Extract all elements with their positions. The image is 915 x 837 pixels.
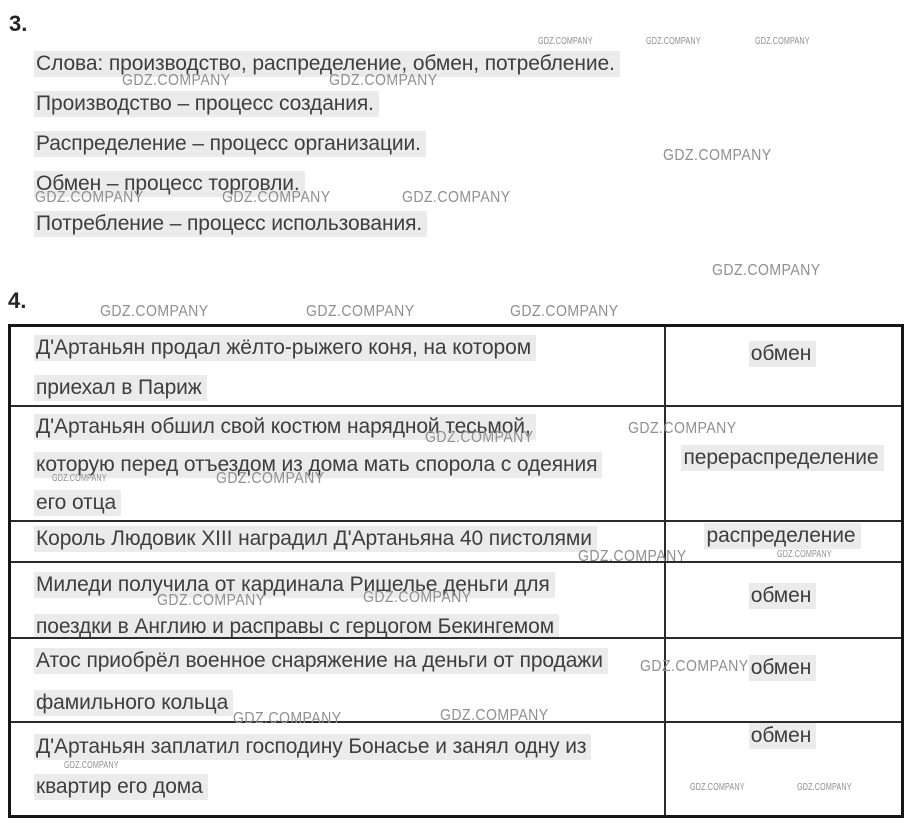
- table-text-line: которую перед отъездом из дома мать спор…: [36, 446, 658, 484]
- table-row-5-situation: Атос приобрёл военное снаряжение на день…: [11, 639, 666, 723]
- table-answer-content: обмен: [749, 583, 816, 609]
- table-answer-content: обмен: [749, 723, 816, 749]
- table-text-line: Д'Артаньян заплатил господину Бонасье и …: [36, 727, 658, 767]
- table-answer-content: перераспределение: [681, 445, 883, 471]
- table-text-content: Атос приобрёл военное снаряжение на день…: [34, 648, 608, 674]
- table-row-3-situation: Король Людовик XIII наградил Д'Артаньяна…: [11, 522, 666, 563]
- text-line-content: Распределение – процесс организации.: [34, 131, 426, 157]
- table-answer-content: обмен: [749, 341, 816, 367]
- text-line-content: Обмен – процесс торговли.: [34, 171, 305, 197]
- table-row-6-situation: Д'Артаньян заплатил господину Бонасье и …: [11, 723, 666, 815]
- text-line: Обмен – процесс торговли.: [36, 164, 620, 204]
- table-row-3-answer: распределение: [666, 522, 901, 563]
- table-text-content: Д'Артаньян продал жёлто-рыжего коня, на …: [34, 335, 536, 361]
- watermark: GDZ.COMPANY: [663, 147, 772, 165]
- table-row-5-answer: обмен: [666, 639, 901, 723]
- table-answer-content: обмен: [749, 655, 816, 681]
- table-answer-content: распределение: [704, 523, 860, 549]
- watermark: GDZ.COMPANY: [646, 36, 701, 47]
- table-text-line: Д'Артаньян обшил свой костюм нарядной те…: [36, 408, 658, 446]
- text-line: Потребление – процесс использования.: [36, 204, 620, 244]
- question-3-answer: Слова: производство, распределение, обме…: [36, 44, 620, 244]
- text-line-content: Производство – процесс создания.: [34, 91, 379, 117]
- table-text-line: приехал в Париж: [36, 368, 658, 407]
- table-row-1-situation: Д'Артаньян продал жёлто-рыжего коня, на …: [11, 327, 666, 407]
- text-line-content: Слова: производство, распределение, обме…: [34, 51, 620, 77]
- question-4-table: Д'Артаньян продал жёлто-рыжего коня, на …: [8, 324, 904, 818]
- document-page: GDZ.COMPANYGDZ.COMPANYGDZ.COMPANYGDZ.COM…: [0, 0, 915, 837]
- table-row-2-situation: Д'Артаньян обшил свой костюм нарядной те…: [11, 407, 666, 522]
- table-text-line: Миледи получила от кардинала Ришелье ден…: [36, 564, 658, 606]
- table-row-4-answer: обмен: [666, 563, 901, 639]
- watermark: GDZ.COMPANY: [712, 262, 821, 280]
- table-text-content: Д'Артаньян обшил свой костюм нарядной те…: [34, 414, 536, 440]
- text-line: Распределение – процесс организации.: [36, 124, 620, 164]
- table-text-content: его отца: [34, 490, 121, 516]
- table-text-line: Д'Артаньян продал жёлто-рыжего коня, на …: [36, 328, 658, 368]
- table-text-line: фамильного кольца: [36, 682, 658, 723]
- watermark: GDZ.COMPANY: [306, 303, 415, 321]
- table-text-line: его отца: [36, 484, 658, 522]
- watermark: GDZ.COMPANY: [510, 303, 619, 321]
- watermark: GDZ.COMPANY: [755, 36, 810, 47]
- table-text-content: поездки в Англию и расправы с герцогом Б…: [34, 614, 559, 639]
- table-row-2-answer: перераспределение: [666, 407, 901, 522]
- table-row-6-answer: обмен: [666, 723, 901, 815]
- table-text-content: Король Людовик XIII наградил Д'Артаньяна…: [34, 526, 597, 552]
- table-text-line: квартир его дома: [36, 767, 658, 807]
- text-line: Производство – процесс создания.: [36, 84, 620, 124]
- question-4-number: 4.: [8, 288, 26, 314]
- text-line: Слова: производство, распределение, обме…: [36, 44, 620, 84]
- table-text-content: Д'Артаньян заплатил господину Бонасье и …: [34, 734, 591, 760]
- table-text-line: Король Людовик XIII наградил Д'Артаньяна…: [36, 524, 658, 554]
- table-row-1-answer: обмен: [666, 327, 901, 407]
- table-text-content: Миледи получила от кардинала Ришелье ден…: [34, 572, 555, 598]
- table-text-content: которую перед отъездом из дома мать спор…: [34, 452, 602, 478]
- question-3-number: 3.: [9, 11, 27, 37]
- table-text-line: Атос приобрёл военное снаряжение на день…: [36, 640, 658, 682]
- table-text-line: поездки в Англию и расправы с герцогом Б…: [36, 606, 658, 639]
- text-line-content: Потребление – процесс использования.: [34, 211, 427, 237]
- watermark: GDZ.COMPANY: [100, 303, 209, 321]
- table-text-content: фамильного кольца: [34, 690, 233, 716]
- table-row-4-situation: Миледи получила от кардинала Ришелье ден…: [11, 563, 666, 639]
- table-text-content: квартир его дома: [34, 774, 208, 800]
- table-text-content: приехал в Париж: [34, 375, 207, 401]
